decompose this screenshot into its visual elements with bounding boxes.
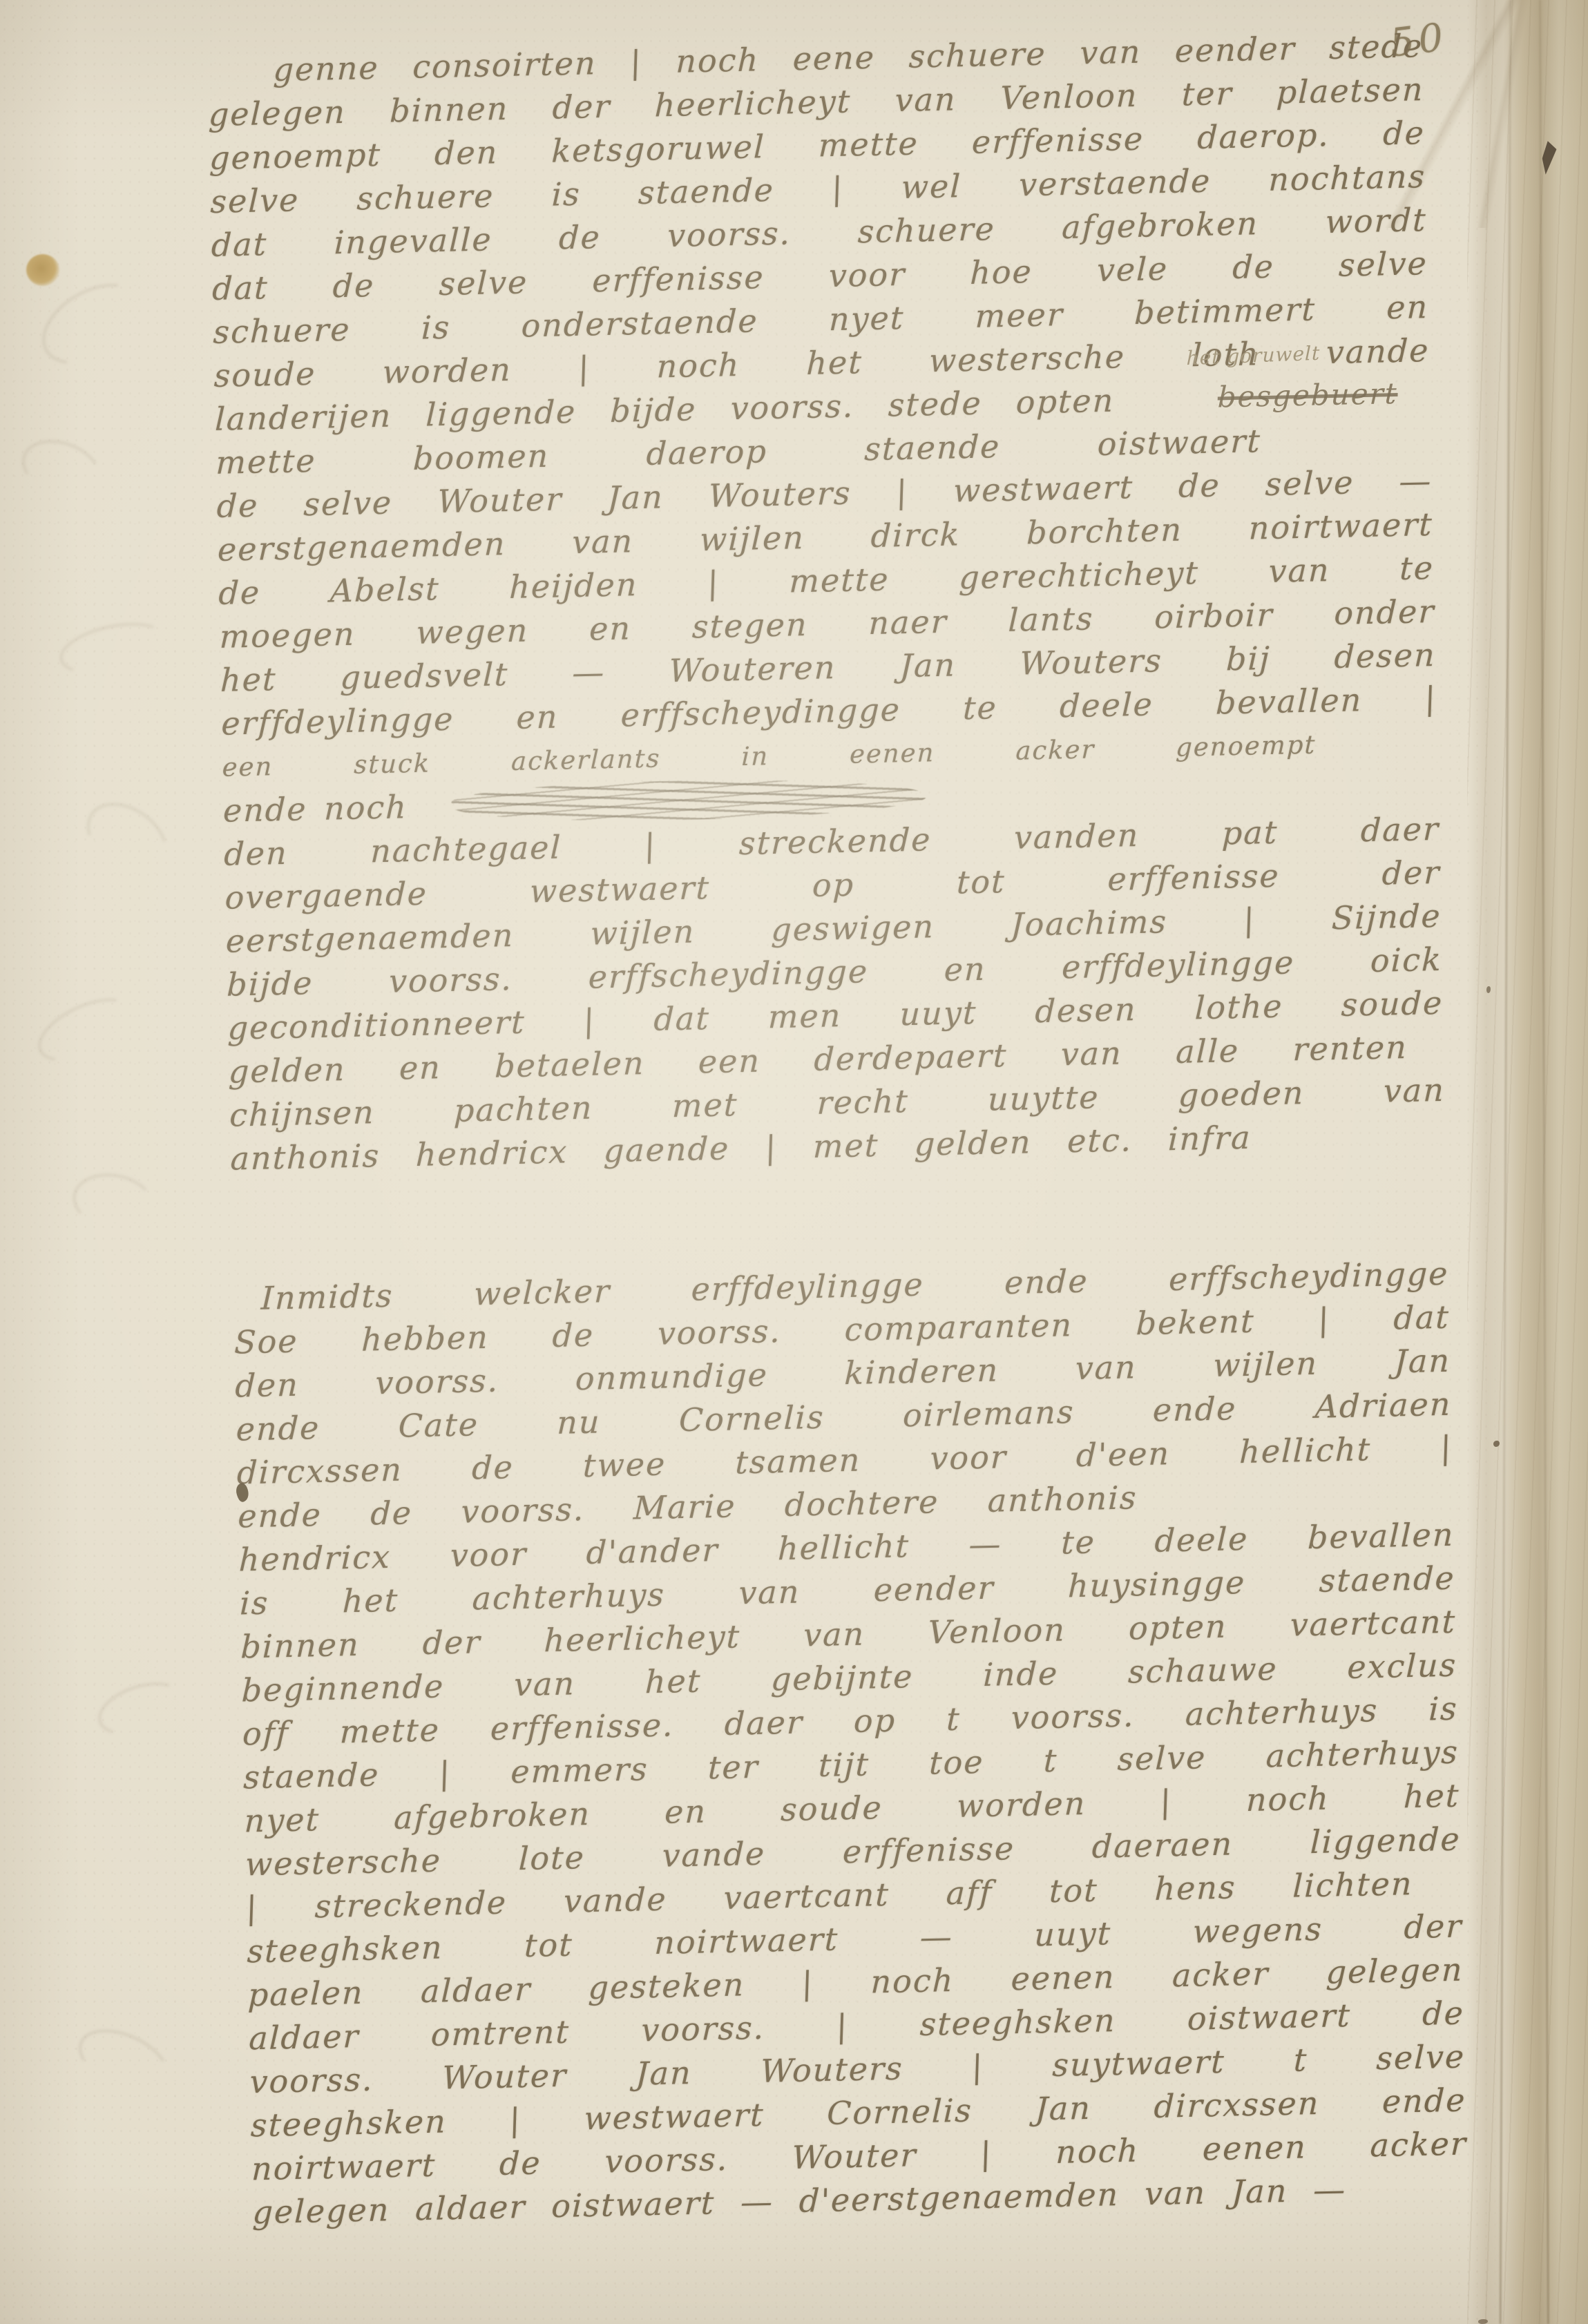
manuscript-scan-page: { "page": { "folio_number": "50", "color… [0, 0, 1588, 2324]
showthrough-mark [92, 1673, 191, 1745]
showthrough-mark [14, 430, 109, 508]
showthrough-mark [69, 2017, 178, 2104]
showthrough-mark [29, 986, 143, 1074]
showthrough-mark [68, 1167, 158, 1236]
paragraph: genne consoirten | noch eene schuere van… [207, 24, 1446, 1180]
paper-stain [26, 254, 59, 286]
paragraph: Inmidts welcker erffdeylingge ende erffs… [233, 1252, 1469, 2235]
fore-edge-grain [1467, 0, 1588, 2324]
showthrough-mark [55, 614, 172, 682]
fore-edge-page-stack [1467, 0, 1588, 2324]
manuscript-text: genne consoirten | noch eene schuere van… [207, 24, 1469, 2234]
showthrough-mark [73, 788, 180, 889]
struck-word: besgebuert [1217, 373, 1399, 419]
